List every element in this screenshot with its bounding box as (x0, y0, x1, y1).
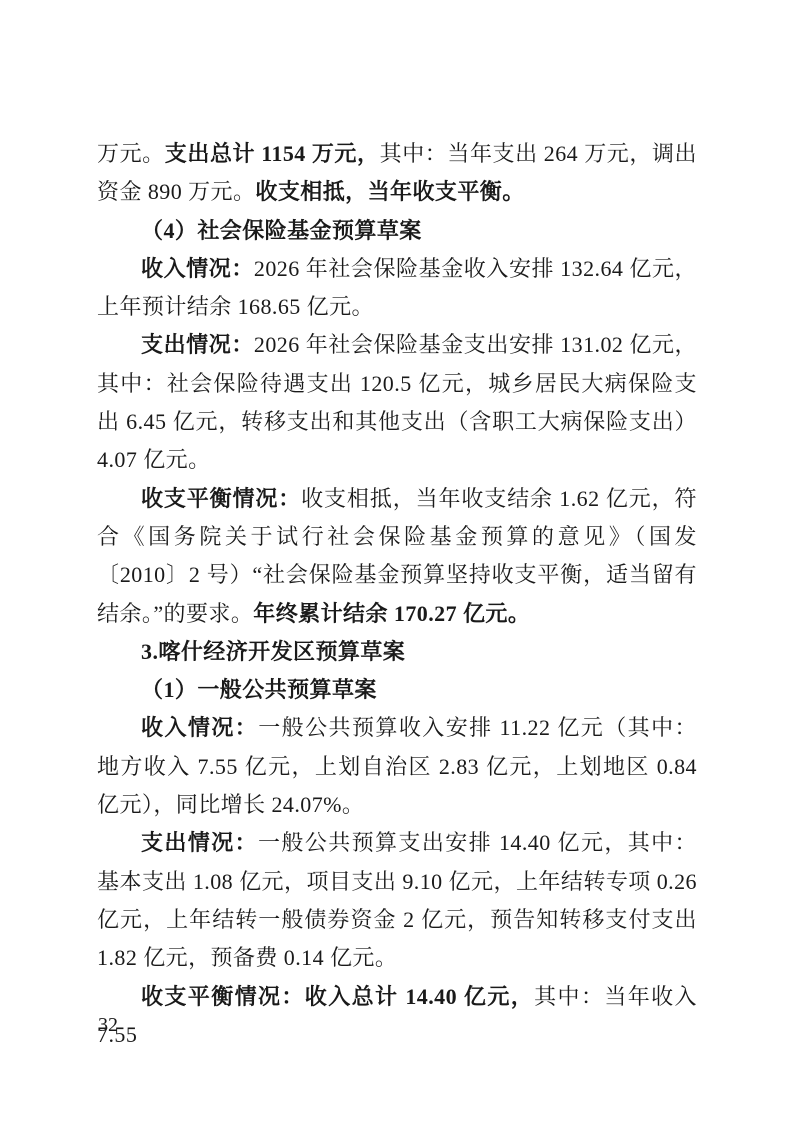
text-run: 年终累计结余 170.27 亿元。 (253, 601, 530, 626)
paragraph-general-budget-expenditure: 支出情况：一般公共预算支出安排 14.40 亿元，其中：基本支出 1.08 亿元… (97, 824, 697, 977)
text-run: （1）一般公共预算草案 (141, 677, 377, 702)
text-run: （4）社会保险基金预算草案 (141, 218, 422, 243)
paragraph-fund-balance-continuation: 万元。支出总计 1154 万元，其中：当年支出 264 万元，调出资金 890 … (97, 135, 697, 212)
page-number: 32 (98, 1012, 118, 1038)
heading-social-insurance-budget: （4）社会保险基金预算草案 (97, 212, 697, 250)
text-run: 3.喀什经济开发区预算草案 (141, 639, 405, 664)
text-run: 收支相抵，当年收支平衡。 (255, 179, 524, 204)
text-run: 支出总计 1154 万元， (165, 141, 380, 166)
text-run: 收支平衡情况：收入总计 14.40 亿元， (141, 984, 534, 1009)
paragraph-social-insurance-balance: 收支平衡情况：收支相抵，当年收支结余 1.62 亿元，符合《国务院关于试行社会保… (97, 480, 697, 633)
paragraph-social-insurance-income: 收入情况：2026 年社会保险基金收入安排 132.64 亿元，上年预计结余 1… (97, 250, 697, 327)
text-run: 支出情况： (141, 332, 254, 357)
text-run: 收支平衡情况： (141, 486, 301, 511)
paragraph-general-budget-income: 收入情况：一般公共预算收入安排 11.22 亿元（其中：地方收入 7.55 亿元… (97, 709, 697, 824)
text-run: 收入情况： (141, 715, 258, 740)
paragraph-general-budget-balance: 收支平衡情况：收入总计 14.40 亿元，其中：当年收入 7.55 (97, 978, 697, 1055)
text-run: 万元。 (97, 141, 165, 166)
heading-general-public-budget: （1）一般公共预算草案 (97, 671, 697, 709)
document-page: 万元。支出总计 1154 万元，其中：当年支出 264 万元，调出资金 890 … (0, 0, 793, 1122)
paragraph-social-insurance-expenditure: 支出情况：2026 年社会保险基金支出安排 131.02 亿元，其中：社会保险待… (97, 326, 697, 479)
heading-kashgar-economic-zone-budget: 3.喀什经济开发区预算草案 (97, 633, 697, 671)
text-run: 收入情况： (141, 256, 254, 281)
document-body: 万元。支出总计 1154 万元，其中：当年支出 264 万元，调出资金 890 … (97, 135, 697, 1054)
text-run: 支出情况： (141, 830, 258, 855)
